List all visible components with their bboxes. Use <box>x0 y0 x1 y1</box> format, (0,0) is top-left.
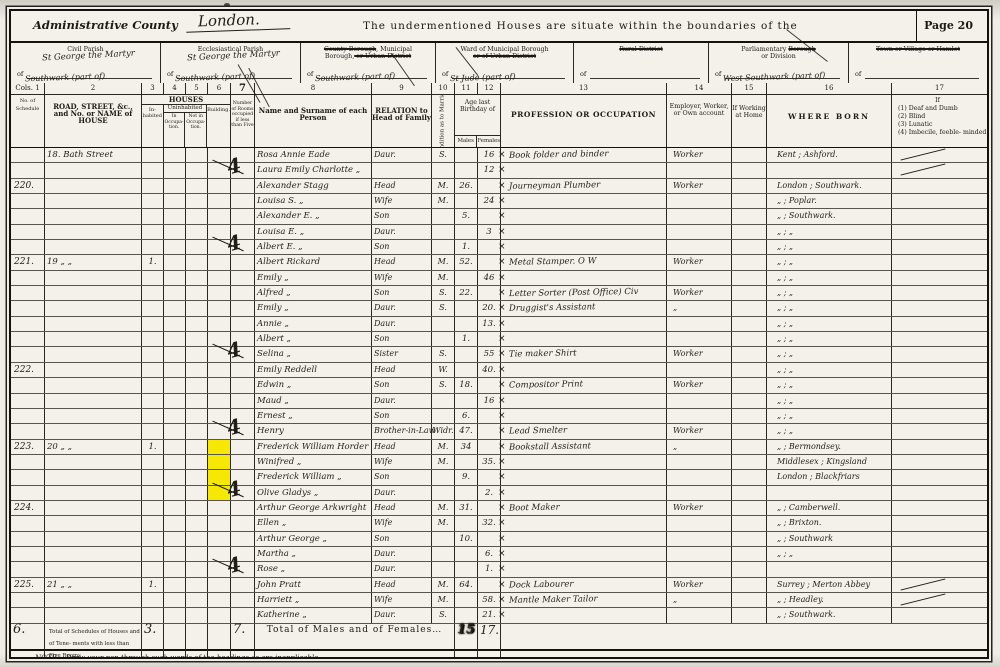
parliamentary-of: of <box>715 70 721 78</box>
infirmity-cell <box>892 440 987 454</box>
totals-label: Total of Schedules of Houses and of Tene… <box>45 624 142 659</box>
road-name <box>45 240 142 254</box>
table-row: 222. Emily Reddell Head W. 40. × „ ; „ <box>11 363 987 378</box>
marital-condition: S. <box>432 148 455 162</box>
town-village-of: of <box>855 70 861 78</box>
infirmity-cell <box>892 608 987 622</box>
uninhabited-in-occupation-cell <box>164 486 186 500</box>
pen-cross-mark: × <box>498 225 506 239</box>
marital-condition: S. <box>432 286 455 300</box>
table-row: 4 Albert E. „ Son 1. × „ ; „ <box>11 240 987 255</box>
marital-condition: M. <box>432 593 455 607</box>
uninhabited-not-in-occupation-cell <box>186 194 208 208</box>
where-born: „ ; „ <box>767 547 892 561</box>
age-male: 64. <box>455 578 478 592</box>
pen-cross-mark: × <box>498 148 506 162</box>
occupation-cell: × <box>501 470 667 484</box>
infirmity-cell <box>892 394 987 408</box>
marital-condition: M. <box>432 501 455 515</box>
header-home: If Working at Home <box>732 95 767 147</box>
infirmity-cell <box>892 516 987 530</box>
relation: Wife <box>372 593 432 607</box>
table-row: 4 Henry Brother-in-Law Widr. 47. ×Lead S… <box>11 424 987 439</box>
civil-parish-value-2: Southwark (part of) <box>25 70 160 84</box>
top-bar: Administrative County London. The underm… <box>11 11 987 43</box>
table-row: Edwin „ Son S. 18. ×Compositor Print Wor… <box>11 378 987 393</box>
working-at-home-cell <box>732 347 767 361</box>
road-name <box>45 163 142 177</box>
inhabited-mark <box>142 179 164 193</box>
pen-cross-mark: × <box>498 332 506 346</box>
infirmity-cell <box>892 501 987 515</box>
employer-status <box>667 394 732 408</box>
where-born <box>767 562 892 576</box>
pen-slash <box>901 164 946 176</box>
road-name <box>45 378 142 392</box>
building-cell <box>208 363 231 377</box>
where-born <box>767 163 892 177</box>
district-band: Civil Parish St George the Martyr of Sou… <box>11 43 987 83</box>
building-cell <box>208 255 231 269</box>
uninhabited-in-occupation-cell <box>164 378 186 392</box>
uninhabited-in-occupation-cell <box>164 394 186 408</box>
infirmity-cell <box>892 578 987 592</box>
municipal-borough-label: County Borough, Municipal Borough, or Ur… <box>301 46 435 60</box>
relation: Son <box>372 470 432 484</box>
uninhabited-not-in-occupation-cell <box>186 225 208 239</box>
uninhabited-in-occupation-cell <box>164 317 186 331</box>
occupation-cell: × <box>501 455 667 469</box>
working-at-home-cell <box>732 240 767 254</box>
employer-status: Worker <box>667 501 732 515</box>
occupation-cell: × <box>501 332 667 346</box>
age-male <box>455 317 478 331</box>
uninhabited-not-in-occupation-cell <box>186 562 208 576</box>
rooms-cell <box>231 593 255 607</box>
pen-slash <box>901 578 946 590</box>
table-row: 4 Olive Gladys „ Daur. 2. × <box>11 486 987 501</box>
marital-condition <box>432 532 455 546</box>
employer-status: Worker <box>667 286 732 300</box>
uninhabited-in-occupation-cell <box>164 194 186 208</box>
inhabited-mark <box>142 271 164 285</box>
uninhabited-not-in-occupation-cell <box>186 363 208 377</box>
parliamentary-value: West Southwark (part of) <box>723 70 848 83</box>
relation: Wife <box>372 516 432 530</box>
relation <box>372 163 432 177</box>
where-born: „ ; Southwark. <box>767 608 892 622</box>
page-number: Page 20 <box>924 19 973 32</box>
rural-district-cell: Rural District of <box>574 43 709 83</box>
rooms-cell <box>231 301 255 315</box>
occupation-cell: × <box>501 562 667 576</box>
table-row: Louisa E. „ Daur. 3 × „ ; „ <box>11 225 987 240</box>
occupation: Tie maker Shirt <box>508 347 576 362</box>
rural-district-label: Rural District <box>574 46 708 53</box>
uninhabited-in-occupation-cell <box>164 271 186 285</box>
uninhabited-not-in-occupation-cell <box>186 608 208 622</box>
uninhabited-in-occupation-cell <box>164 532 186 546</box>
schedule-number <box>11 163 45 177</box>
employer-status: Worker <box>667 347 732 361</box>
person-name: Alfred „ <box>255 286 372 300</box>
marital-condition: M. <box>432 255 455 269</box>
pen-slash <box>901 148 946 160</box>
col-number-9: 9 <box>372 83 432 94</box>
table-row: Alexander E. „ Son 5. × „ ; Southwark. <box>11 209 987 224</box>
uninhabited-in-occupation-cell <box>164 301 186 315</box>
working-at-home-cell <box>732 332 767 346</box>
marital-condition: M. <box>432 578 455 592</box>
uninhabited-in-occupation-cell <box>164 608 186 622</box>
occupation-cell: × <box>501 532 667 546</box>
relation: Wife <box>372 455 432 469</box>
schedule-number <box>11 532 45 546</box>
person-name: Rosa Annie Eade <box>255 148 372 162</box>
where-born: „ ; „ <box>767 286 892 300</box>
working-at-home-cell <box>732 286 767 300</box>
where-born: London ; Blackfriars <box>767 470 892 484</box>
header-uninhabited: Uninhabited <box>164 105 206 113</box>
inhabited-mark <box>142 240 164 254</box>
relation: Daur. <box>372 562 432 576</box>
working-at-home-cell <box>732 409 767 423</box>
occupation-cell: × <box>501 516 667 530</box>
schedule-number <box>11 286 45 300</box>
working-at-home-cell <box>732 225 767 239</box>
col-number-13: 13 <box>501 83 667 94</box>
table-row: 4 Laura Emily Charlotte „ 12 × <box>11 163 987 178</box>
infirmity-cell <box>892 424 987 438</box>
age-male <box>455 194 478 208</box>
infirmity-cell <box>892 332 987 346</box>
relation: Son <box>372 332 432 346</box>
person-name: Frederick William „ <box>255 470 372 484</box>
uninhabited-in-occupation-cell <box>164 578 186 592</box>
pen-cross-mark: × <box>498 347 506 361</box>
pen-cross-mark: × <box>498 532 506 546</box>
table-row: Emily „ Daur. S. 20. ×Druggist's Assista… <box>11 301 987 316</box>
road-name <box>45 409 142 423</box>
schedule-number: 222. <box>11 363 45 377</box>
table-row: Annie „ Daur. 13. × „ ; „ <box>11 317 987 332</box>
uninhabited-not-in-occupation-cell <box>186 286 208 300</box>
totals-empty-4 <box>164 624 186 659</box>
relation: Daur. <box>372 317 432 331</box>
occupation: Metal Stamper. O W <box>508 255 596 271</box>
marital-condition <box>432 317 455 331</box>
relation: Son <box>372 209 432 223</box>
person-name: Emily „ <box>255 271 372 285</box>
schedule-number <box>11 608 45 622</box>
working-at-home-cell <box>732 455 767 469</box>
schedule-number: 220. <box>11 179 45 193</box>
header-houses: HOUSES <box>142 95 230 105</box>
occupation: Druggist's Assistant <box>508 301 595 317</box>
infirmity-if: If <box>898 97 987 105</box>
total-houses-inhabited: 3. <box>142 624 164 659</box>
uninhabited-not-in-occupation-cell <box>186 394 208 408</box>
where-born: „ ; „ <box>767 363 892 377</box>
uninhabited-in-occupation-cell <box>164 409 186 423</box>
occupation-cell: × <box>501 547 667 561</box>
working-at-home-cell <box>732 301 767 315</box>
road-name <box>45 347 142 361</box>
road-name <box>45 394 142 408</box>
col-number-17: 17 <box>892 83 987 94</box>
uninhabited-not-in-occupation-cell <box>186 440 208 454</box>
occupation: Lead Smelter <box>508 424 566 439</box>
building-cell <box>208 394 231 408</box>
where-born: „ ; „ <box>767 317 892 331</box>
inhabited-mark <box>142 148 164 162</box>
pen-cross-mark: × <box>498 271 506 285</box>
marital-condition: M. <box>432 516 455 530</box>
occupation-cell: ×Tie maker Shirt <box>501 347 667 361</box>
marital-condition: M. <box>432 179 455 193</box>
road-name: 18. Bath Street <box>45 148 142 162</box>
rooms-cell <box>231 516 255 530</box>
table-row: Albert „ Son 1. × „ ; „ <box>11 332 987 347</box>
uninhabited-in-occupation-cell <box>164 255 186 269</box>
road-name <box>45 179 142 193</box>
occupation-cell: ×Druggist's Assistant <box>501 301 667 315</box>
top-divider <box>916 11 917 41</box>
pen-cross-mark: × <box>498 409 506 423</box>
occupation-cell: ×Journeyman Plumber <box>501 179 667 193</box>
marital-condition: M. <box>432 455 455 469</box>
totals-empty-5 <box>186 624 208 659</box>
employer-status: Worker <box>667 179 732 193</box>
occupation: Book folder and binder <box>508 147 608 163</box>
age-subcolumns: Males Females <box>455 135 500 147</box>
table-row: 225. 21 „ „ 1. John Pratt Head M. 64. ×D… <box>11 578 987 593</box>
relation: Son <box>372 409 432 423</box>
schedule-number <box>11 424 45 438</box>
marital-condition: M. <box>432 194 455 208</box>
rooms-cell <box>231 578 255 592</box>
person-name: Albert E. „ <box>255 240 372 254</box>
uninhabited-not-in-occupation-cell <box>186 501 208 515</box>
uninhabited-not-in-occupation-cell <box>186 209 208 223</box>
pen-cross-mark: × <box>498 470 506 484</box>
table-row: 4 Rose „ Daur. 1. × <box>11 562 987 577</box>
table-row: 4 Selina „ Sister S. 55 ×Tie maker Shirt… <box>11 347 987 362</box>
person-name: Martha „ <box>255 547 372 561</box>
infirmity-cell <box>892 378 987 392</box>
marital-condition <box>432 547 455 561</box>
road-name <box>45 547 142 561</box>
working-at-home-cell <box>732 394 767 408</box>
pen-cross-mark: × <box>498 547 506 561</box>
person-name: Laura Emily Charlotte „ <box>255 163 372 177</box>
age-male: 9. <box>455 470 478 484</box>
col-number-12: 12 <box>478 83 501 94</box>
inhabited-mark <box>142 532 164 546</box>
schedule-number <box>11 271 45 285</box>
uninhabited-in-occupation-cell <box>164 286 186 300</box>
uninhabited-in-occupation-cell <box>164 240 186 254</box>
table-row: 18. Bath Street Rosa Annie Eade Daur. S.… <box>11 148 987 163</box>
road-name <box>45 516 142 530</box>
pen-cross-mark: × <box>498 194 506 208</box>
schedule-number <box>11 209 45 223</box>
pen-cross-mark: × <box>498 578 506 592</box>
age-male <box>455 486 478 500</box>
pen-cross-mark: × <box>498 486 506 500</box>
infirmity-cell <box>892 409 987 423</box>
infirmity-cell <box>892 301 987 315</box>
infirmity-cell <box>892 363 987 377</box>
inhabited-mark <box>142 562 164 576</box>
age-male <box>455 608 478 622</box>
header-employer: Employer, Worker, or Own account <box>667 95 732 147</box>
rooms-cell: 4 <box>231 240 255 254</box>
occupation-cell: ×Lead Smelter <box>501 424 667 438</box>
col-number-16: 16 <box>767 83 892 94</box>
table-row: Martha „ Daur. 6. × „ ; „ <box>11 547 987 562</box>
where-born: Kent ; Ashford. <box>767 148 892 162</box>
person-name: Alexander E. „ <box>255 209 372 223</box>
relation: Brother-in-Law <box>372 424 432 438</box>
infirmity-cell <box>892 240 987 254</box>
road-name <box>45 317 142 331</box>
road-name <box>45 455 142 469</box>
header-profession: PROFESSION OR OCCUPATION <box>501 95 667 147</box>
marital-condition <box>432 209 455 223</box>
person-name: Alexander Stagg <box>255 179 372 193</box>
admin-county-value: London. <box>186 9 290 33</box>
totals-empty-right <box>501 624 987 659</box>
uninhabited-not-in-occupation-cell <box>186 578 208 592</box>
working-at-home-cell <box>732 608 767 622</box>
employer-status <box>667 532 732 546</box>
uninhabited-in-occupation-cell <box>164 347 186 361</box>
person-name: Winifred „ <box>255 455 372 469</box>
marital-condition: S. <box>432 378 455 392</box>
person-name: Ellen „ <box>255 516 372 530</box>
person-name: Harriett „ <box>255 593 372 607</box>
person-name: Katherine „ <box>255 608 372 622</box>
municipal-borough-value: Southwark (part of) <box>315 70 435 83</box>
where-born: „ ; „ <box>767 332 892 346</box>
occupation-cell: × <box>501 194 667 208</box>
rooms-cell <box>231 209 255 223</box>
relation: Head <box>372 363 432 377</box>
infirmity-cell <box>892 593 987 607</box>
uninhabited-not-in-occupation-cell <box>186 593 208 607</box>
relation: Head <box>372 440 432 454</box>
table-row: 224. Arthur George Arkwright Head M. 31.… <box>11 501 987 516</box>
inhabited-mark <box>142 194 164 208</box>
inhabited-mark <box>142 286 164 300</box>
pen-cross-mark: × <box>498 363 506 377</box>
age-male: 47. <box>455 424 478 438</box>
road-name <box>45 501 142 515</box>
uninhabited-subcolumns: In Occupa- tion. Not in Occupa- tion. <box>164 113 206 147</box>
uninhabited-in-occupation-cell <box>164 163 186 177</box>
rooms-cell <box>231 608 255 622</box>
age-male: 18. <box>455 378 478 392</box>
person-name: Arthur George Arkwright <box>255 501 372 515</box>
col-number-8: 8 <box>255 83 372 94</box>
parliamentary-label: Parliamentary Borough or Division <box>709 46 848 60</box>
schedule-number <box>11 486 45 500</box>
rooms-cell: 4 <box>231 486 255 500</box>
employer-status: Worker <box>667 255 732 269</box>
uninhabited-not-in-occupation-cell <box>186 332 208 346</box>
occupation-cell: ×Boot Maker <box>501 501 667 515</box>
schedule-number <box>11 332 45 346</box>
marital-condition <box>432 486 455 500</box>
infirmity-cell <box>892 225 987 239</box>
marital-condition <box>432 240 455 254</box>
inhabited-mark <box>142 225 164 239</box>
occupation-cell: × <box>501 317 667 331</box>
rooms-cell <box>231 363 255 377</box>
ecclesiastical-parish-cell: Ecclesiastical Parish St George the Mart… <box>161 43 301 83</box>
totals-empty-6 <box>208 624 231 659</box>
schedule-number: 224. <box>11 501 45 515</box>
employer-status <box>667 240 732 254</box>
building-cell <box>208 378 231 392</box>
uninhabited-in-occupation-cell <box>164 209 186 223</box>
relation: Daur. <box>372 547 432 561</box>
where-born: „ ; Southwark. <box>767 209 892 223</box>
infirmity-3: (3) Lunatic <box>898 121 987 129</box>
uninhabited-not-in-occupation-cell <box>186 317 208 331</box>
where-born: „ ; Headley. <box>767 593 892 607</box>
where-born: „ ; „ <box>767 255 892 269</box>
inhabited-mark <box>142 470 164 484</box>
person-name: Henry <box>255 424 372 438</box>
infirmity-cell <box>892 163 987 177</box>
rooms-cell <box>231 255 255 269</box>
pen-cross-mark: × <box>498 608 506 622</box>
road-name <box>45 532 142 546</box>
relation: Wife <box>372 271 432 285</box>
schedule-number: 225. <box>11 578 45 592</box>
uninhabited-not-in-occupation-cell <box>186 148 208 162</box>
inhabited-mark <box>142 347 164 361</box>
occupation: Mantle Maker Tailor <box>508 592 597 608</box>
inhabited-mark <box>142 424 164 438</box>
employer-status <box>667 455 732 469</box>
civil-parish-cell: Civil Parish St George the Martyr of Sou… <box>11 43 161 83</box>
building-cell <box>208 194 231 208</box>
working-at-home-cell <box>732 271 767 285</box>
person-name: Louisa E. „ <box>255 225 372 239</box>
inhabited-mark <box>142 516 164 530</box>
table-row: Louisa S. „ Wife M. 24 × „ ; Poplar. <box>11 194 987 209</box>
age-male <box>455 301 478 315</box>
uninhabited-not-in-occupation-cell <box>186 516 208 530</box>
pen-cross-mark: × <box>498 440 506 454</box>
town-village-rule <box>865 78 979 79</box>
where-born: „ ; Southwark <box>767 532 892 546</box>
uninhabited-not-in-occupation-cell <box>186 486 208 500</box>
header-inhabited: In- habited <box>142 105 164 147</box>
occupation-cell: × <box>501 163 667 177</box>
pen-cross-mark: × <box>498 179 506 193</box>
uninhabited-in-occupation-cell <box>164 501 186 515</box>
uninhabited-in-occupation-cell <box>164 547 186 561</box>
employer-status: „ <box>667 440 732 454</box>
inhabited-mark: 1. <box>142 255 164 269</box>
infirmity-cell <box>892 194 987 208</box>
age-male <box>455 163 478 177</box>
table-row: 220. Alexander Stagg Head M. 26. ×Journe… <box>11 179 987 194</box>
